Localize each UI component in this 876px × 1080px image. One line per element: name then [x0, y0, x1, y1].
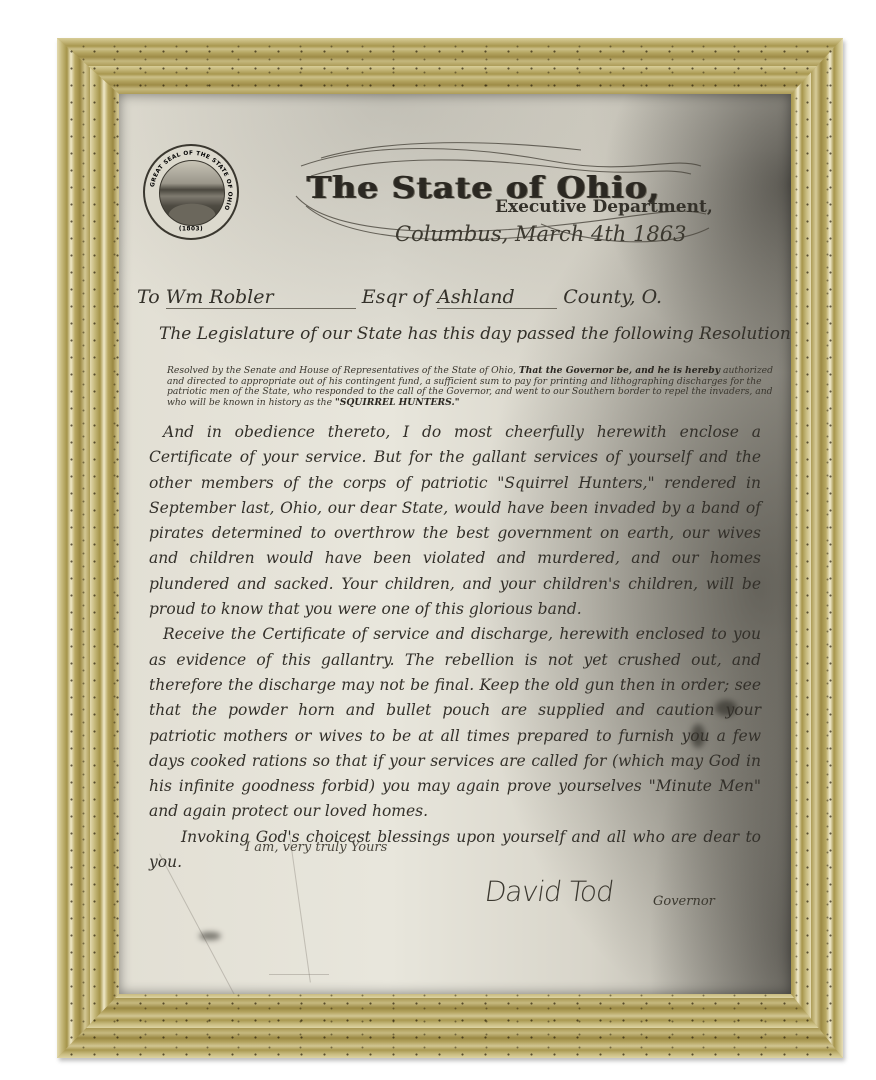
resolution-intro: The Legislature of our State has this da…	[159, 324, 791, 344]
state-seal-icon: GREAT SEAL OF THE STATE OF OHIO (1803)	[143, 144, 239, 240]
salutation-line: To Wm Robler Esqr of Ashland County, O.	[137, 286, 777, 309]
frame-left-rail	[57, 38, 119, 1058]
printed-resolution: Resolved by the Senate and House of Repr…	[167, 366, 777, 408]
paper-crease	[269, 974, 329, 975]
frame-bottom-rail	[57, 994, 843, 1058]
salutation-prefix: To	[137, 286, 160, 308]
governor-signature: David Tod	[483, 875, 616, 908]
place-and-date: Columbus, March 4th 1863	[395, 222, 686, 246]
recipient-name: Wm Robler	[166, 286, 356, 309]
signature-title: Governor	[653, 894, 715, 909]
department-title: Executive Department,	[495, 197, 713, 217]
closing: I am, very truly Yours	[245, 840, 387, 855]
county-suffix: County, O.	[563, 286, 662, 308]
letter-paragraph: Invoking God's choicest blessings upon y…	[149, 825, 761, 876]
letter-body: And in obedience thereto, I do most chee…	[149, 420, 761, 875]
document-paper: GREAT SEAL OF THE STATE OF OHIO (1803) T…	[119, 94, 791, 994]
recipient-title: Esqr of	[362, 286, 431, 308]
resolution-squirrel-hunters: "SQUIRREL HUNTERS."	[335, 397, 460, 408]
seal-landscape	[159, 160, 225, 226]
recipient-county: Ashland	[437, 286, 557, 309]
letter-paragraph: And in obedience thereto, I do most chee…	[149, 420, 761, 622]
frame-right-rail	[791, 38, 843, 1058]
ink-stain	[199, 932, 221, 940]
seal-year-text: (1803)	[179, 226, 203, 232]
resolution-lead: Resolved by the Senate and House of Repr…	[167, 365, 516, 376]
letter-paragraph: Receive the Certificate of service and d…	[149, 622, 761, 824]
frame-top-rail	[57, 38, 843, 94]
resolution-bold-lead: That the Governor be, and he is hereby	[519, 365, 720, 376]
